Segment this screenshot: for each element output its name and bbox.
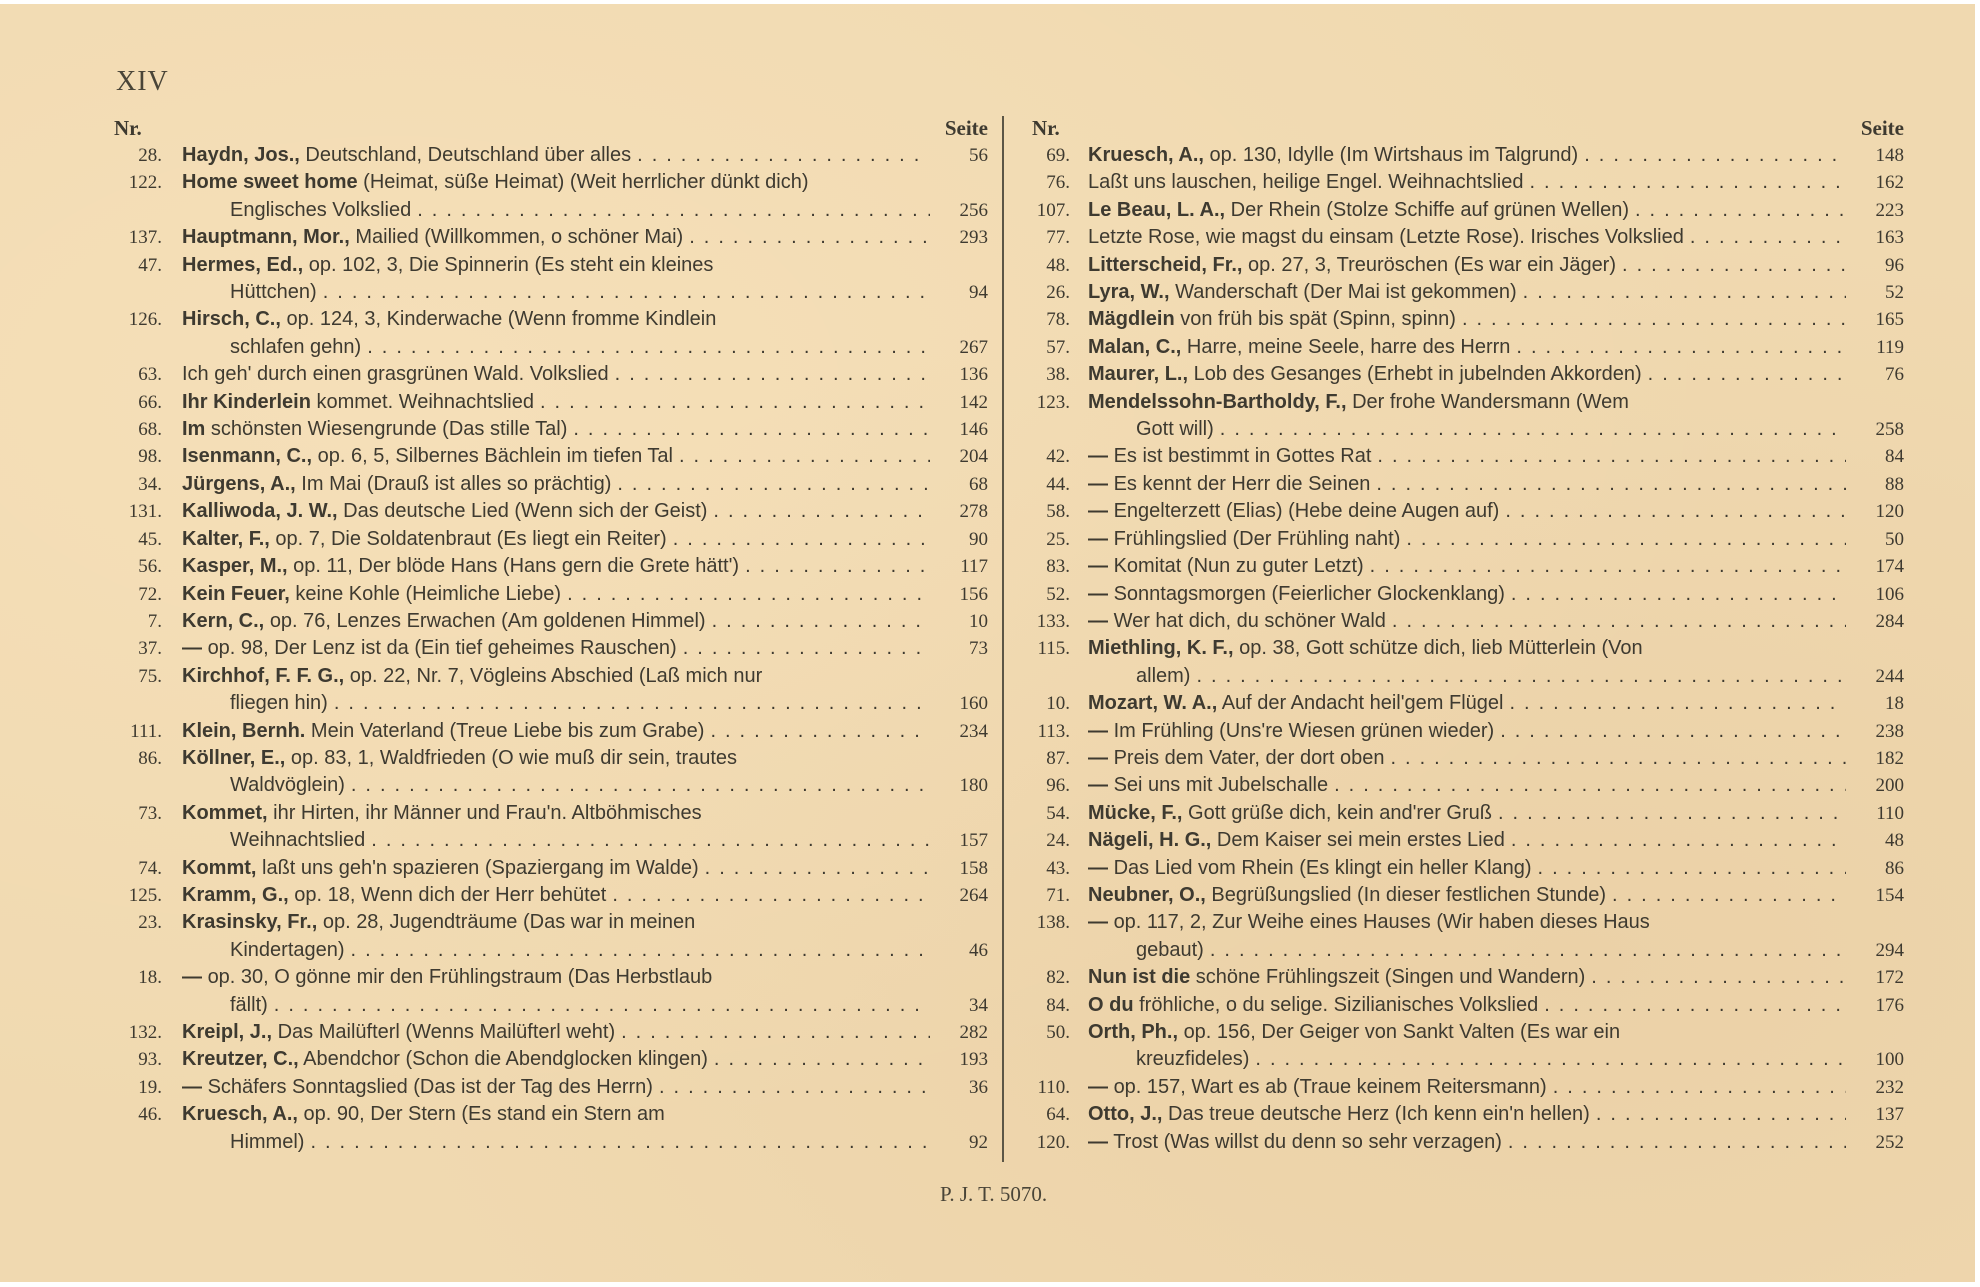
- entry-number: 77.: [1018, 224, 1070, 251]
- title-line: Gott grüße dich, kein and'rer Gruß: [1188, 802, 1492, 824]
- dot-leader: ........................................…: [1578, 142, 1846, 169]
- entry-number: 72.: [100, 581, 162, 608]
- index-entry: 110.— op. 157, Wart es ab (Traue keinem …: [1018, 1074, 1904, 1101]
- title-line: schlafen gehn): [230, 336, 361, 358]
- entry-title: Haydn, Jos., Deutschland, Deutschland üb…: [182, 142, 930, 169]
- title-line: op. 38, Gott schütze dich, lieb Mütterle…: [1239, 637, 1643, 659]
- entry-number: 43.: [1018, 855, 1070, 882]
- entry-title: Miethling, K. F., op. 38, Gott schütze d…: [1088, 635, 1846, 690]
- page-number: 46: [936, 937, 988, 964]
- entry-title: — op. 117, 2, Zur Weihe eines Hauses (Wi…: [1088, 909, 1846, 964]
- entry-number: 122.: [100, 169, 162, 196]
- dot-leader: ........................................…: [1214, 416, 1846, 443]
- page-number: 204: [936, 443, 988, 470]
- index-entry: 87.— Preis dem Vater, der dort oben.....…: [1018, 745, 1904, 772]
- entry-title: Kruesch, A., op. 130, Idylle (Im Wirtsha…: [1088, 142, 1846, 169]
- index-entry: 133.— Wer hat dich, du schöner Wald.....…: [1018, 608, 1904, 635]
- composer-name: Kramm, G.,: [182, 884, 289, 906]
- composer-name: Ihr Kinderlein: [182, 391, 311, 413]
- dot-leader: ........................................…: [707, 498, 930, 525]
- index-entry: 115.Miethling, K. F., op. 38, Gott schüt…: [1018, 635, 1904, 690]
- entry-number: 23.: [100, 909, 162, 936]
- title-line: op. 6, 5, Silbernes Bächlein im tiefen T…: [318, 445, 673, 467]
- entry-title: Mücke, F., Gott grüße dich, kein and'rer…: [1088, 800, 1846, 827]
- page-number: 142: [936, 389, 988, 416]
- composer-name: Hauptmann, Mor.,: [182, 226, 350, 248]
- index-entry: 137.Hauptmann, Mor., Mailied (Willkommen…: [100, 224, 988, 251]
- column-header: Nr. Seite: [1018, 114, 1904, 142]
- dot-leader: ........................................…: [1616, 252, 1846, 279]
- page-number: 244: [1852, 663, 1904, 690]
- title-line: laßt uns geh'n spazieren (Spaziergang im…: [262, 857, 699, 879]
- entry-number: 75.: [100, 663, 162, 690]
- entry-number: 28.: [100, 142, 162, 169]
- index-entry: 7.Kern, C., op. 76, Lenzes Erwachen (Am …: [100, 608, 988, 635]
- title-line: schöne Frühlingszeit (Singen und Wandern…: [1196, 966, 1585, 988]
- index-entry: 19.— Schäfers Sonntagslied (Das ist der …: [100, 1074, 988, 1101]
- page-number: 238: [1852, 718, 1904, 745]
- entry-number: 66.: [100, 389, 162, 416]
- entry-number: 25.: [1018, 526, 1070, 553]
- composer-name: —: [1088, 445, 1108, 467]
- composer-name: Mücke, F.,: [1088, 802, 1182, 824]
- dot-leader: ........................................…: [739, 553, 930, 580]
- title-line: Der Rhein (Stolze Schiffe auf grünen Wel…: [1231, 199, 1629, 221]
- page-number: 193: [936, 1046, 988, 1073]
- index-entry: 63.Ich geh' durch einen grasgrünen Wald.…: [100, 361, 988, 388]
- page-number: 119: [1852, 334, 1904, 361]
- page-number: 256: [936, 197, 988, 224]
- title-line: Englisches Volkslied: [230, 199, 411, 221]
- entry-title: — Preis dem Vater, der dort oben........…: [1088, 745, 1846, 772]
- index-entry: 75.Kirchhof, F. F. G., op. 22, Nr. 7, Vö…: [100, 663, 988, 718]
- entry-title: — op. 157, Wart es ab (Traue keinem Reit…: [1088, 1074, 1846, 1101]
- header-nr: Nr.: [1032, 116, 1060, 141]
- dot-leader: ........................................…: [561, 581, 930, 608]
- composer-name: Nägeli, H. G.,: [1088, 829, 1211, 851]
- publisher-plate-number: P. J. T. 5070.: [940, 1182, 1047, 1207]
- page-number: 182: [1852, 745, 1904, 772]
- entry-number: 84.: [1018, 992, 1070, 1019]
- page-number: 10: [936, 608, 988, 635]
- title-line: op. 76, Lenzes Erwachen (Am goldenen Him…: [270, 610, 706, 632]
- dot-leader: ........................................…: [653, 1074, 930, 1101]
- title-line: Komitat (Nun zu guter Letzt): [1114, 555, 1364, 577]
- entry-number: 82.: [1018, 964, 1070, 991]
- entry-title: Malan, C., Harre, meine Seele, harre des…: [1088, 334, 1846, 361]
- title-line: op. 117, 2, Zur Weihe eines Hauses (Wir …: [1114, 911, 1650, 933]
- composer-name: —: [1088, 857, 1108, 879]
- composer-name: Mägdlein: [1088, 308, 1175, 330]
- index-entry: 122.Home sweet home (Heimat, süße Heimat…: [100, 169, 988, 224]
- index-entry: 54.Mücke, F., Gott grüße dich, kein and'…: [1018, 800, 1904, 827]
- page-number: 157: [936, 827, 988, 854]
- title-line: Sei uns mit Jubelschalle: [1114, 774, 1329, 796]
- composer-name: Kreutzer, C.,: [182, 1048, 299, 1070]
- composer-name: Malan, C.,: [1088, 336, 1181, 358]
- entry-number: 71.: [1018, 882, 1070, 909]
- page-number: 76: [1852, 361, 1904, 388]
- title-line: op. 7, Die Soldatenbraut (Es liegt ein R…: [275, 528, 666, 550]
- page-number: 92: [936, 1129, 988, 1156]
- page-number: 110: [1852, 800, 1904, 827]
- index-entry: 98.Isenmann, C., op. 6, 5, Silbernes Bäc…: [100, 443, 988, 470]
- index-entry: 93.Kreutzer, C., Abendchor (Schon die Ab…: [100, 1046, 988, 1073]
- composer-name: —: [1088, 720, 1108, 742]
- composer-name: Isenmann, C.,: [182, 445, 312, 467]
- page-number: 163: [1852, 224, 1904, 251]
- title-line: Im Frühling (Uns're Wiesen grünen wieder…: [1114, 720, 1495, 742]
- entry-title: — op. 30, O gönne mir den Frühlingstraum…: [182, 964, 930, 1019]
- title-line: Trost (Was willst du denn so sehr verzag…: [1113, 1131, 1502, 1153]
- composer-name: Klein, Bernh.: [182, 720, 305, 742]
- index-entry: 46.Kruesch, A., op. 90, Der Stern (Es st…: [100, 1101, 988, 1156]
- page-number: 172: [1852, 964, 1904, 991]
- dot-leader: ........................................…: [1384, 745, 1846, 772]
- index-entry: 83.— Komitat (Nun zu guter Letzt).......…: [1018, 553, 1904, 580]
- index-entry: 44.— Es kennt der Herr die Seinen.......…: [1018, 471, 1904, 498]
- entry-number: 47.: [100, 252, 162, 279]
- page-number: 52: [1852, 279, 1904, 306]
- entry-number: 63.: [100, 361, 162, 388]
- entry-number: 34.: [100, 471, 162, 498]
- title-line: Das treue deutsche Herz (Ich kenn ein'n …: [1168, 1103, 1590, 1125]
- dot-leader: ........................................…: [706, 608, 930, 635]
- dot-leader: ........................................…: [1499, 498, 1846, 525]
- entry-title: Kruesch, A., op. 90, Der Stern (Es stand…: [182, 1101, 930, 1156]
- title-line: Engelterzett (Elias) (Hebe deine Augen a…: [1114, 500, 1500, 522]
- dot-leader: ........................................…: [1190, 663, 1846, 690]
- title-line: op. 83, 1, Waldfrieden (O wie muß dir se…: [291, 747, 737, 769]
- entry-title: — op. 98, Der Lenz ist da (Ein tief gehe…: [182, 635, 930, 662]
- composer-name: Litterscheid, Fr.,: [1088, 254, 1242, 276]
- composer-name: —: [1088, 528, 1108, 550]
- title-line: Dem Kaiser sei mein erstes Lied: [1217, 829, 1505, 851]
- title-line: Begrüßungslied (In dieser festlichen Stu…: [1211, 884, 1606, 906]
- entry-title: Ihr Kinderlein kommet. Weihnachtslied...…: [182, 389, 930, 416]
- index-rows: 28.Haydn, Jos., Deutschland, Deutschland…: [100, 142, 988, 1156]
- title-line: ihr Hirten, ihr Männer und Frau'n. Altbö…: [273, 802, 701, 824]
- dot-leader: ........................................…: [1456, 306, 1846, 333]
- page-number: 154: [1852, 882, 1904, 909]
- entry-number: 24.: [1018, 827, 1070, 854]
- title-line: keine Kohle (Heimliche Liebe): [295, 583, 561, 605]
- title-line: (Heimat, süße Heimat) (Weit herrlicher d…: [363, 171, 808, 193]
- entry-number: 93.: [100, 1046, 162, 1073]
- entry-number: 58.: [1018, 498, 1070, 525]
- entry-number: 52.: [1018, 581, 1070, 608]
- page-number: 86: [1852, 855, 1904, 882]
- index-entry: 50.Orth, Ph., op. 156, Der Geiger von Sa…: [1018, 1019, 1904, 1074]
- composer-name: Kommt,: [182, 857, 256, 879]
- entry-number: 137.: [100, 224, 162, 251]
- entry-number: 68.: [100, 416, 162, 443]
- index-entry: 28.Haydn, Jos., Deutschland, Deutschland…: [100, 142, 988, 169]
- dot-leader: ........................................…: [1585, 964, 1846, 991]
- entry-title: — Frühlingslied (Der Frühling naht).....…: [1088, 526, 1846, 553]
- entry-title: Kreutzer, C., Abendchor (Schon die Abend…: [182, 1046, 930, 1073]
- composer-name: Kreipl, J.,: [182, 1021, 272, 1043]
- index-entry: 123.Mendelssohn-Bartholdy, F., Der frohe…: [1018, 389, 1904, 444]
- dot-leader: ........................................…: [1505, 827, 1846, 854]
- page-number: 148: [1852, 142, 1904, 169]
- title-line: op. 156, Der Geiger von Sankt Valten (Es…: [1184, 1021, 1621, 1043]
- page-number: 162: [1852, 169, 1904, 196]
- title-line: Schäfers Sonntagslied (Das ist der Tag d…: [208, 1076, 653, 1098]
- index-entry: 18.— op. 30, O gönne mir den Frühlingstr…: [100, 964, 988, 1019]
- index-entry: 52.— Sonntagsmorgen (Feierlicher Glocken…: [1018, 581, 1904, 608]
- entry-title: Le Beau, L. A., Der Rhein (Stolze Schiff…: [1088, 197, 1846, 224]
- composer-name: —: [182, 1076, 202, 1098]
- title-line: op. 11, Der blöde Hans (Hans gern die Gr…: [293, 555, 739, 577]
- composer-name: —: [1088, 555, 1108, 577]
- index-column-right: Nr. Seite 69.Kruesch, A., op. 130, Idyll…: [1018, 114, 1904, 1156]
- entry-title: Home sweet home (Heimat, süße Heimat) (W…: [182, 169, 930, 224]
- dot-leader: ........................................…: [1606, 882, 1846, 909]
- index-entry: 113.— Im Frühling (Uns're Wiesen grünen …: [1018, 718, 1904, 745]
- dot-leader: ........................................…: [345, 937, 930, 964]
- column-divider: [1002, 116, 1004, 1162]
- entry-title: — Das Lied vom Rhein (Es klingt ein hell…: [1088, 855, 1846, 882]
- title-line: Wer hat dich, du schöner Wald: [1114, 610, 1386, 632]
- title-line: Im Mai (Drauß ist alles so prächtig): [301, 473, 611, 495]
- page-number: 252: [1852, 1129, 1904, 1156]
- composer-name: Kirchhof, F. F. G.,: [182, 665, 344, 687]
- index-entry: 25.— Frühlingslied (Der Frühling naht)..…: [1018, 526, 1904, 553]
- entry-number: 98.: [100, 443, 162, 470]
- page-number: 117: [936, 553, 988, 580]
- page-number: 293: [936, 224, 988, 251]
- index-entry: 126.Hirsch, C., op. 124, 3, Kinderwache …: [100, 306, 988, 361]
- entry-number: 69.: [1018, 142, 1070, 169]
- entry-title: Kreipl, J., Das Mailüfterl (Wenns Mailüf…: [182, 1019, 930, 1046]
- entry-title: Klein, Bernh. Mein Vaterland (Treue Lieb…: [182, 718, 930, 745]
- title-line: Waldvöglein): [230, 774, 345, 796]
- entry-number: 78.: [1018, 306, 1070, 333]
- entry-title: Mendelssohn-Bartholdy, F., Der frohe Wan…: [1088, 389, 1846, 444]
- dot-leader: ........................................…: [1364, 553, 1846, 580]
- dot-leader: ........................................…: [411, 197, 930, 224]
- title-line: fällt): [230, 994, 268, 1016]
- page-number: 34: [936, 992, 988, 1019]
- entry-title: Krasinsky, Fr., op. 28, Jugendträume (Da…: [182, 909, 930, 964]
- dot-leader: ........................................…: [345, 772, 930, 799]
- index-entry: 76.Laßt uns lauschen, heilige Engel. Wei…: [1018, 169, 1904, 196]
- page-number: 234: [936, 718, 988, 745]
- entry-number: 133.: [1018, 608, 1070, 635]
- page-number: 136: [936, 361, 988, 388]
- dot-leader: ........................................…: [328, 690, 930, 717]
- entry-title: Lyra, W., Wanderschaft (Der Mai ist geko…: [1088, 279, 1846, 306]
- entry-title: — Trost (Was willst du denn so sehr verz…: [1088, 1129, 1846, 1156]
- entry-title: Nun ist die schöne Frühlingszeit (Singen…: [1088, 964, 1846, 991]
- page-number: 278: [936, 498, 988, 525]
- entry-number: 76.: [1018, 169, 1070, 196]
- page-number: 258: [1852, 416, 1904, 443]
- entry-number: 45.: [100, 526, 162, 553]
- dot-leader: ........................................…: [609, 361, 930, 388]
- entry-title: Kalter, F., op. 7, Die Soldatenbraut (Es…: [182, 526, 930, 553]
- entry-number: 64.: [1018, 1101, 1070, 1128]
- entry-number: 110.: [1018, 1074, 1070, 1101]
- dot-leader: ........................................…: [1642, 361, 1846, 388]
- entry-number: 37.: [100, 635, 162, 662]
- entry-title: Hermes, Ed., op. 102, 3, Die Spinnerin (…: [182, 252, 930, 307]
- title-line: op. 98, Der Lenz ist da (Ein tief geheim…: [208, 637, 677, 659]
- dot-leader: ........................................…: [1510, 334, 1846, 361]
- composer-name: Kein Feuer,: [182, 583, 290, 605]
- entry-title: — Komitat (Nun zu guter Letzt)..........…: [1088, 553, 1846, 580]
- composer-name: —: [1088, 774, 1108, 796]
- dot-leader: ........................................…: [534, 389, 930, 416]
- title-line: op. 130, Idylle (Im Wirtshaus im Talgrun…: [1210, 144, 1579, 166]
- index-entry: 45.Kalter, F., op. 7, Die Soldatenbraut …: [100, 526, 988, 553]
- header-seite: Seite: [1861, 116, 1904, 141]
- title-line: Hüttchen): [230, 281, 317, 303]
- dot-leader: ........................................…: [1629, 197, 1846, 224]
- composer-name: Jürgens, A.,: [182, 473, 296, 495]
- entry-number: 115.: [1018, 635, 1070, 662]
- title-line: op. 90, Der Stern (Es stand ein Stern am: [304, 1103, 665, 1125]
- index-entry: 111.Klein, Bernh. Mein Vaterland (Treue …: [100, 718, 988, 745]
- title-line: Es kennt der Herr die Seinen: [1114, 473, 1371, 495]
- dot-leader: ........................................…: [304, 1129, 930, 1156]
- entry-title: Kein Feuer, keine Kohle (Heimliche Liebe…: [182, 581, 930, 608]
- entry-number: 83.: [1018, 553, 1070, 580]
- index-entry: 23.Krasinsky, Fr., op. 28, Jugendträume …: [100, 909, 988, 964]
- dot-leader: ........................................…: [1590, 1101, 1846, 1128]
- composer-name: —: [1088, 911, 1108, 933]
- dot-leader: ........................................…: [606, 882, 930, 909]
- title-line: op. 22, Nr. 7, Vögleins Abschied (Laß mi…: [350, 665, 762, 687]
- dot-leader: ........................................…: [365, 827, 930, 854]
- entry-number: 26.: [1018, 279, 1070, 306]
- index-entry: 68.Im schönsten Wiesengrunde (Das stille…: [100, 416, 988, 443]
- composer-name: Orth, Ph.,: [1088, 1021, 1178, 1043]
- composer-name: Miethling, K. F.,: [1088, 637, 1234, 659]
- index-entry: 77.Letzte Rose, wie magst du einsam (Let…: [1018, 224, 1904, 251]
- title-line: Mailied (Willkommen, o schöner Mai): [355, 226, 683, 248]
- index-entry: 73.Kommet, ihr Hirten, ihr Männer und Fr…: [100, 800, 988, 855]
- entry-number: 54.: [1018, 800, 1070, 827]
- dot-leader: ........................................…: [567, 416, 930, 443]
- title-line: Das Lied vom Rhein (Es klingt ein heller…: [1114, 857, 1532, 879]
- entry-title: Kramm, G., op. 18, Wenn dich der Herr be…: [182, 882, 930, 909]
- dot-leader: ........................................…: [1386, 608, 1846, 635]
- entry-number: 107.: [1018, 197, 1070, 224]
- index-entry: 131.Kalliwoda, J. W., Das deutsche Lied …: [100, 498, 988, 525]
- composer-name: Otto, J.,: [1088, 1103, 1162, 1125]
- entry-title: Kasper, M., op. 11, Der blöde Hans (Hans…: [182, 553, 930, 580]
- index-entry: 58.— Engelterzett (Elias) (Hebe deine Au…: [1018, 498, 1904, 525]
- title-line: Weihnachtslied: [230, 829, 365, 851]
- title-line: op. 30, O gönne mir den Frühlingstraum (…: [208, 966, 713, 988]
- index-entry: 10.Mozart, W. A., Auf der Andacht heil'g…: [1018, 690, 1904, 717]
- composer-name: Kruesch, A.,: [182, 1103, 298, 1125]
- title-line: op. 124, 3, Kinderwache (Wenn fromme Kin…: [286, 308, 716, 330]
- composer-name: O du: [1088, 994, 1134, 1016]
- index-entry: 56.Kasper, M., op. 11, Der blöde Hans (H…: [100, 553, 988, 580]
- entry-title: Jürgens, A., Im Mai (Drauß ist alles so …: [182, 471, 930, 498]
- title-line: Ich geh' durch einen grasgrünen Wald. Vo…: [182, 363, 609, 385]
- entry-number: 125.: [100, 882, 162, 909]
- entry-number: 7.: [100, 608, 162, 635]
- page-number: 200: [1852, 772, 1904, 799]
- composer-name: Kalliwoda, J. W.,: [182, 500, 338, 522]
- composer-name: —: [1088, 610, 1108, 632]
- entry-number: 86.: [100, 745, 162, 772]
- dot-leader: ........................................…: [361, 334, 930, 361]
- index-entry: 38.Maurer, L., Lob des Gesanges (Erhebt …: [1018, 361, 1904, 388]
- title-line: Sonntagsmorgen (Feierlicher Glockenklang…: [1114, 583, 1505, 605]
- entry-title: Mägdlein von früh bis spät (Spinn, spinn…: [1088, 306, 1846, 333]
- page-number: 68: [936, 471, 988, 498]
- page-number: 90: [936, 526, 988, 553]
- entry-number: 111.: [100, 718, 162, 745]
- title-line: fliegen hin): [230, 692, 328, 714]
- dot-leader: ........................................…: [677, 635, 930, 662]
- composer-name: Kasper, M.,: [182, 555, 288, 577]
- index-entry: 107.Le Beau, L. A., Der Rhein (Stolze Sc…: [1018, 197, 1904, 224]
- title-line: Wanderschaft (Der Mai ist gekommen): [1175, 281, 1517, 303]
- entry-title: Hauptmann, Mor., Mailied (Willkommen, o …: [182, 224, 930, 251]
- dot-leader: ........................................…: [1249, 1046, 1846, 1073]
- index-entry: 64.Otto, J., Das treue deutsche Herz (Ic…: [1018, 1101, 1904, 1128]
- entry-title: Kirchhof, F. F. G., op. 22, Nr. 7, Vögle…: [182, 663, 930, 718]
- page-number: 96: [1852, 252, 1904, 279]
- title-line: Frühlingslied (Der Frühling naht): [1114, 528, 1401, 550]
- composer-name: Lyra, W.,: [1088, 281, 1170, 303]
- index-entry: 120.— Trost (Was willst du denn so sehr …: [1018, 1129, 1904, 1156]
- entry-title: — Sonntagsmorgen (Feierlicher Glockenkla…: [1088, 581, 1846, 608]
- dot-leader: ........................................…: [667, 526, 930, 553]
- index-entry: 57.Malan, C., Harre, meine Seele, harre …: [1018, 334, 1904, 361]
- entry-title: Isenmann, C., op. 6, 5, Silbernes Bächle…: [182, 443, 930, 470]
- page-number: 232: [1852, 1074, 1904, 1101]
- entry-title: — Sei uns mit Jubelschalle..............…: [1088, 772, 1846, 799]
- entry-title: Mozart, W. A., Auf der Andacht heil'gem …: [1088, 690, 1846, 717]
- composer-name: —: [1088, 500, 1108, 522]
- entry-number: 123.: [1018, 389, 1070, 416]
- entry-number: 74.: [100, 855, 162, 882]
- entry-number: 42.: [1018, 443, 1070, 470]
- page-number: 174: [1852, 553, 1904, 580]
- composer-name: Le Beau, L. A.,: [1088, 199, 1225, 221]
- entry-number: 19.: [100, 1074, 162, 1101]
- dot-leader: ........................................…: [1328, 772, 1846, 799]
- title-line: Deutschland, Deutschland über alles: [305, 144, 631, 166]
- entry-number: 73.: [100, 800, 162, 827]
- index-entry: 24.Nägeli, H. G., Dem Kaiser sei mein er…: [1018, 827, 1904, 854]
- composer-name: Neubner, O.,: [1088, 884, 1206, 906]
- index-entry: 48.Litterscheid, Fr., op. 27, 3, Treurös…: [1018, 252, 1904, 279]
- entry-title: Maurer, L., Lob des Gesanges (Erhebt in …: [1088, 361, 1846, 388]
- index-entry: 47.Hermes, Ed., op. 102, 3, Die Spinneri…: [100, 252, 988, 307]
- entry-title: — Es kennt der Herr die Seinen..........…: [1088, 471, 1846, 498]
- page-folio: XIV: [116, 66, 169, 98]
- entry-number: 38.: [1018, 361, 1070, 388]
- book-page: XIV Nr. Seite 28.Haydn, Jos., Deutschlan…: [0, 4, 1975, 1282]
- dot-leader: ........................................…: [317, 279, 930, 306]
- page-number: 36: [936, 1074, 988, 1101]
- composer-name: Köllner, E.,: [182, 747, 285, 769]
- page-number: 180: [936, 772, 988, 799]
- page-number: 84: [1852, 443, 1904, 470]
- entry-number: 50.: [1018, 1019, 1070, 1046]
- page-number: 264: [936, 882, 988, 909]
- composer-name: Nun ist die: [1088, 966, 1190, 988]
- title-line: Der frohe Wandersmann (Wem: [1352, 391, 1629, 413]
